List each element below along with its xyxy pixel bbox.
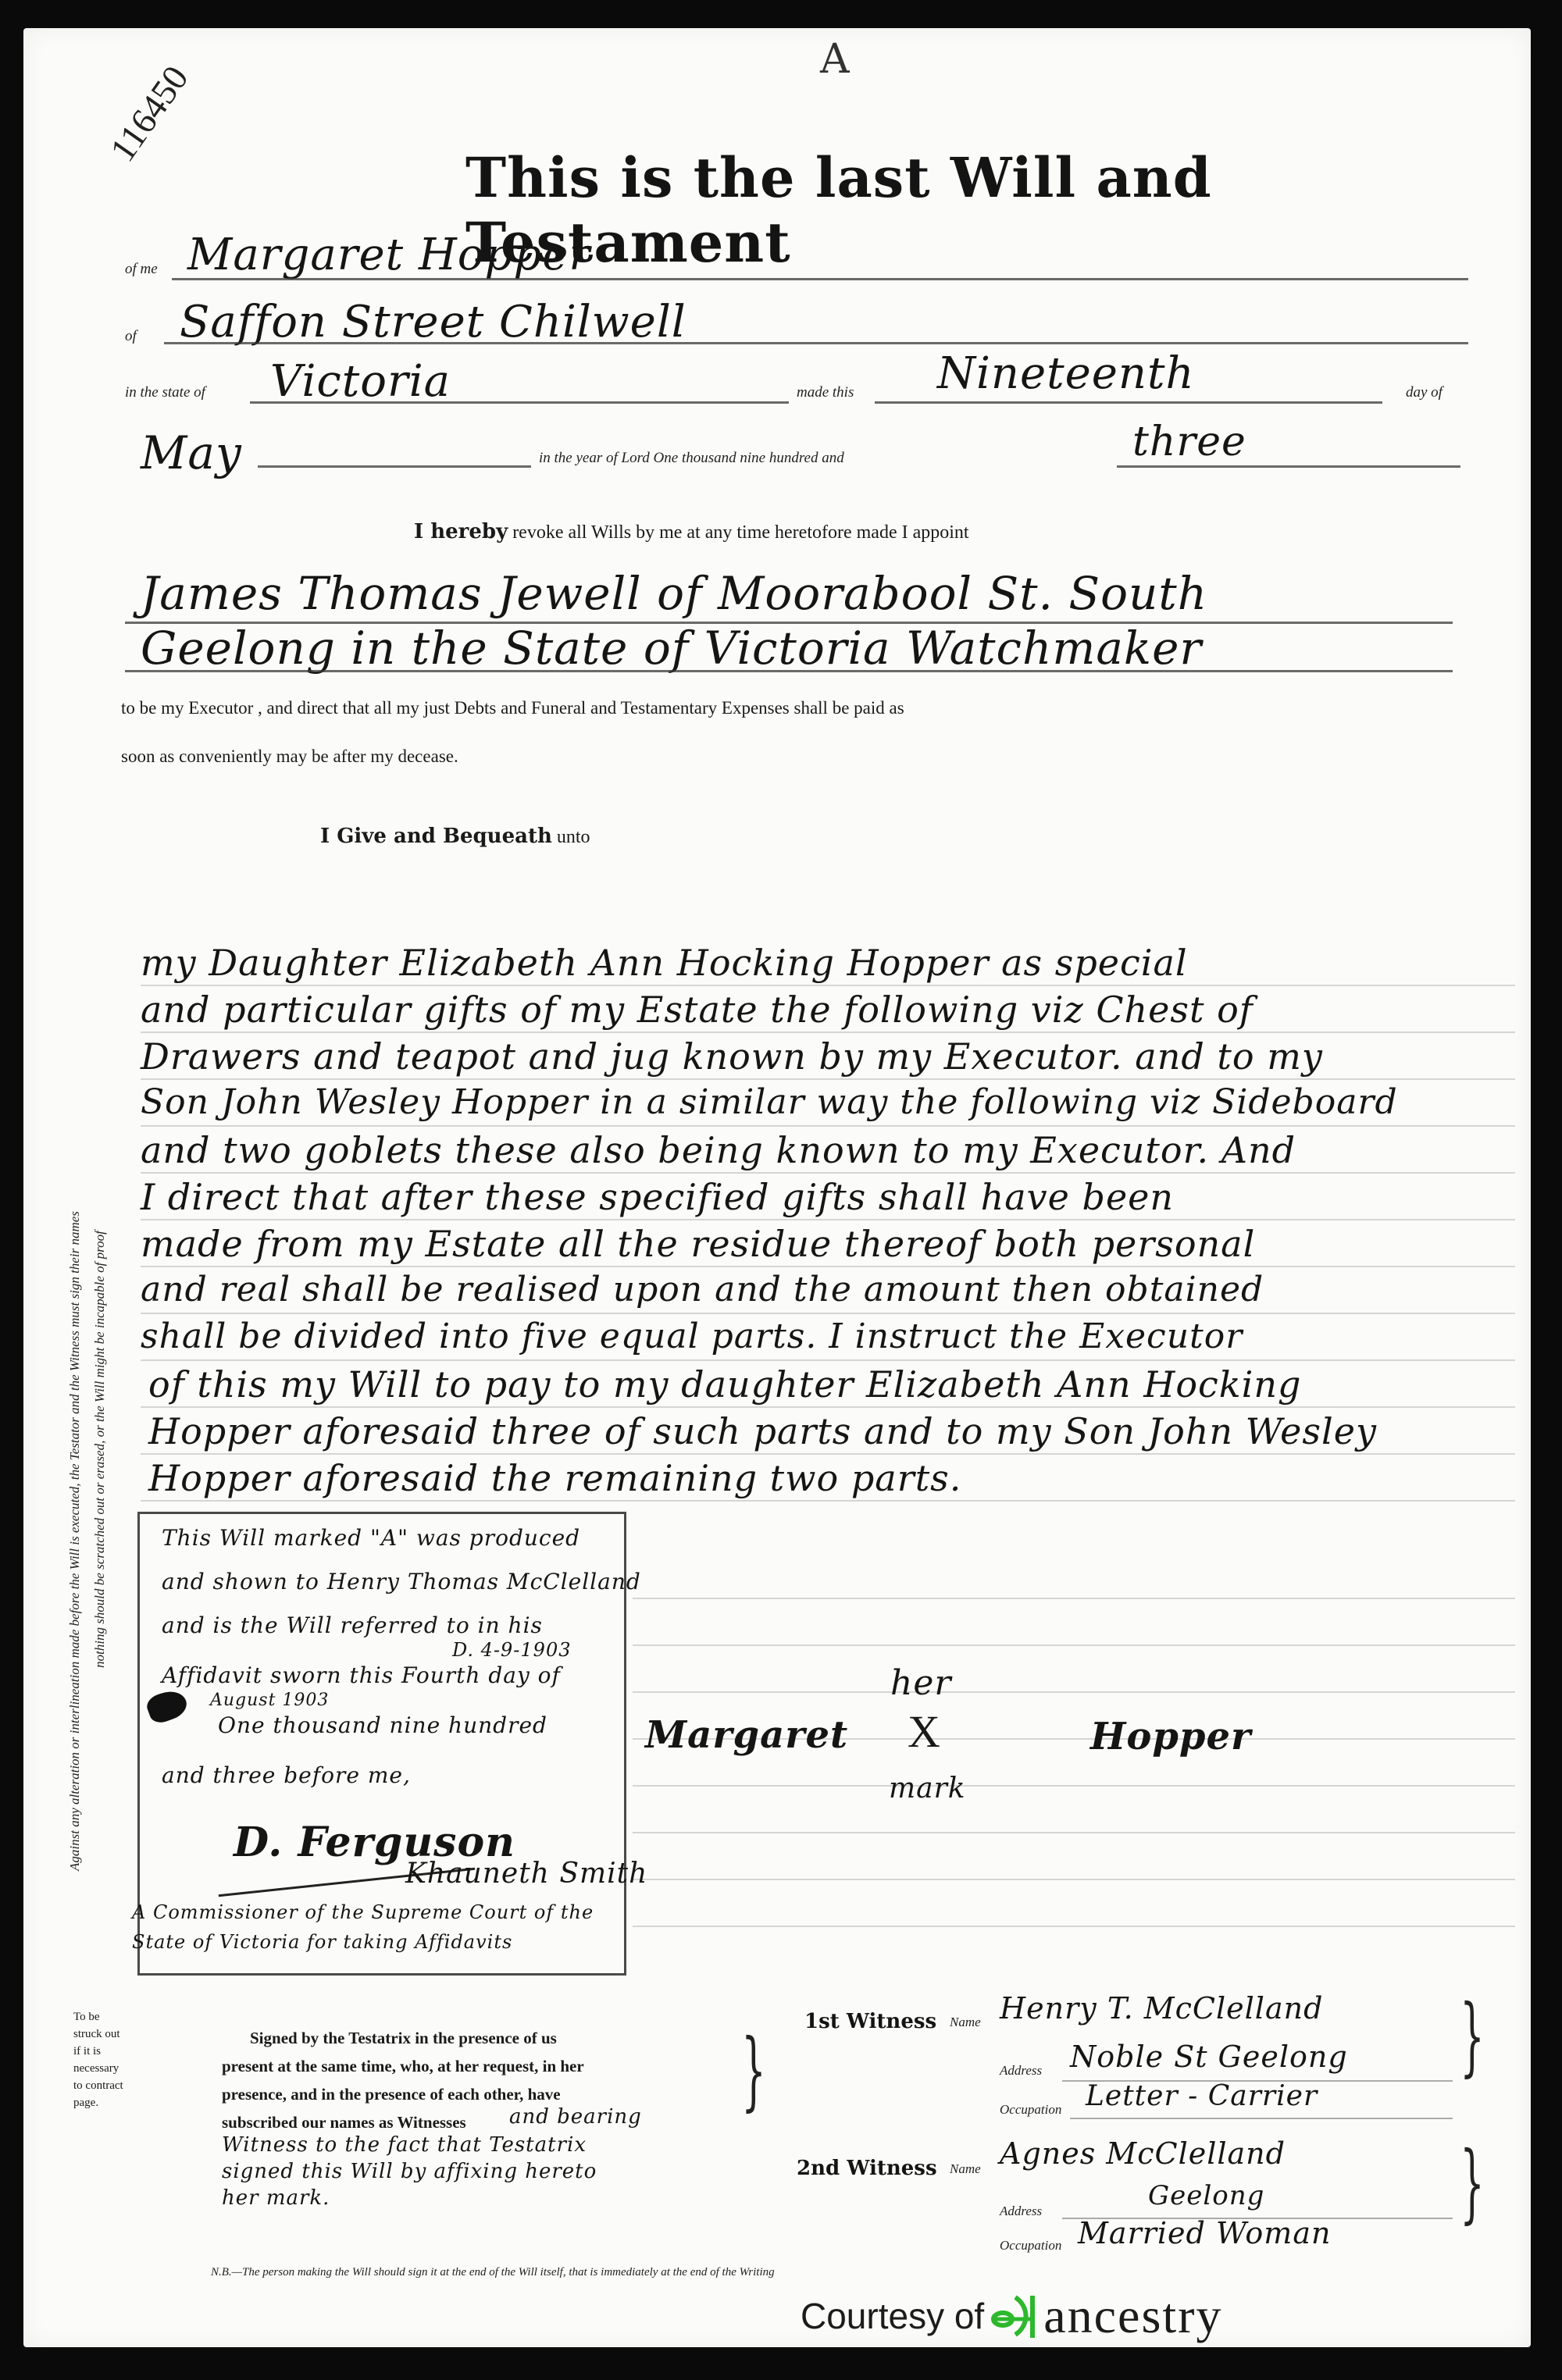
witness-1-occupation: Letter - Carrier xyxy=(1086,2080,1318,2112)
bequest-line: made from my Estate all the residue ther… xyxy=(141,1223,1255,1265)
rule-line xyxy=(258,465,531,468)
bequest-line: my Daughter Elizabeth Ann Hocking Hopper… xyxy=(141,942,1188,984)
day-value: Nineteenth xyxy=(937,348,1195,399)
margin-note-line-1: Against any alteration or interlineation… xyxy=(67,1211,83,1871)
bequest-line: I direct that after these specified gift… xyxy=(141,1176,1174,1218)
affidavit-line: This Will marked "A" was produced xyxy=(162,1525,580,1551)
margin-note-line-2: nothing should be scratched out or erase… xyxy=(92,1231,108,1668)
reference-number: 116450 xyxy=(102,58,197,169)
ancestry-watermark: Courtesy of ancestry xyxy=(801,2293,1222,2339)
executor-line-2: Geelong in the State of Victoria Watchma… xyxy=(141,622,1202,675)
attestation-addendum-lines: Witness to the fact that Testatrix signe… xyxy=(222,2132,597,2211)
affidavit-line: Affidavit sworn this Fourth day of xyxy=(162,1662,561,1688)
page-mark: A xyxy=(820,36,851,83)
signature-mark: mark xyxy=(889,1773,966,1805)
watermark-prefix: Courtesy of xyxy=(801,2295,984,2337)
rule-line xyxy=(164,342,1468,344)
bequest-line: Drawers and teapot and jug known by my E… xyxy=(141,1035,1323,1078)
rule-line xyxy=(125,670,1453,672)
witness-2-label: 2nd Witness xyxy=(797,2157,937,2180)
witness-block: 1st Witness Name Henry T. McClelland Add… xyxy=(804,1988,1492,2254)
day-of-label: day of xyxy=(1406,384,1443,401)
witness-1-address: Noble St Geelong xyxy=(1070,2040,1348,2074)
bequest-line: and particular gifts of my Estate the fo… xyxy=(141,989,1254,1031)
bequest-line: and two goblets these also being known t… xyxy=(141,1129,1296,1171)
month-value: May xyxy=(141,426,242,479)
affidavit-line: and three before me, xyxy=(162,1762,411,1788)
witness-1-name: Henry T. McClelland xyxy=(1000,1991,1323,2025)
rule-line xyxy=(250,401,789,404)
revoke-text: revoke all Wills by me at any time heret… xyxy=(512,522,968,543)
testator-name: Margaret Hopper xyxy=(187,230,590,280)
executor-line-1: James Thomas Jewell of Moorabool St. Sou… xyxy=(141,567,1207,620)
rule-line xyxy=(1117,465,1460,468)
bequest-line: shall be divided into five equal parts. … xyxy=(141,1316,1243,1356)
bequest-line: Son John Wesley Hopper in a similar way … xyxy=(141,1082,1398,1122)
witness-2-occupation: Married Woman xyxy=(1078,2216,1331,2250)
bequest-line: of this my Will to pay to my daughter El… xyxy=(148,1363,1301,1406)
rule-line xyxy=(172,278,1468,280)
affidavit-annotation: D. 4-9-1903 xyxy=(452,1639,571,1661)
signature-last-name: Hopper xyxy=(1090,1715,1251,1758)
state-value: Victoria xyxy=(270,356,451,407)
revoke-lead: I hereby xyxy=(414,520,508,543)
executor-clause-line-2: soon as conveniently may be after my dec… xyxy=(121,746,458,767)
witness-1-label: 1st Witness xyxy=(804,2010,936,2033)
will-document-page: A 116450 This is the last Will and Testa… xyxy=(23,28,1531,2347)
strike-out-note: To be struck out if it is necessary to c… xyxy=(73,2008,123,2111)
affidavit-line: August 1903 xyxy=(210,1691,329,1710)
of-label: of xyxy=(125,328,137,345)
bequest-unto: unto xyxy=(557,827,590,847)
affidavit-line: and shown to Henry Thomas McClelland xyxy=(162,1569,641,1594)
witness-1-brace: } xyxy=(1460,1993,1485,2079)
signature-x-mark: X xyxy=(908,1705,940,1758)
attestation-addendum: and bearing xyxy=(509,2105,642,2129)
year-label: in the year of Lord One thousand nine hu… xyxy=(539,450,844,467)
signature-first-name: Margaret xyxy=(645,1713,848,1757)
witness-2-address: Geelong xyxy=(1148,2180,1264,2211)
rule-line xyxy=(875,401,1382,404)
witness-2-brace: } xyxy=(1460,2140,1485,2225)
affidavit-box: This Will marked "A" was produced and sh… xyxy=(137,1512,626,1976)
signature-her: her xyxy=(890,1663,951,1703)
bequest-line: and real shall be realised upon and the … xyxy=(141,1270,1264,1309)
document-title: This is the last Will and Testament xyxy=(465,145,1531,275)
state-label: in the state of xyxy=(125,384,205,401)
ancestry-leaf-icon xyxy=(989,2293,1039,2339)
affidavit-line: and is the Will referred to in his xyxy=(162,1612,543,1638)
commissioner-title-line-1: A Commissioner of the Supreme Court of t… xyxy=(132,1901,594,1923)
revoke-clause: I hereby revoke all Wills by me at any t… xyxy=(414,520,969,543)
bequest-line: Hopper aforesaid three of such parts and… xyxy=(148,1410,1377,1452)
footer-note: N.B.—The person making the Will should s… xyxy=(211,2266,775,2279)
second-signature: Khauneth Smith xyxy=(405,1858,647,1890)
affidavit-line: One thousand nine hundred xyxy=(218,1712,547,1738)
ink-blot xyxy=(144,1687,190,1726)
made-label: made this xyxy=(797,384,854,401)
witness-2-name: Agnes McClelland xyxy=(1000,2136,1286,2171)
commissioner-title-line-2: State of Victoria for taking Affidavits xyxy=(132,1931,512,1953)
bequest-lead: I Give and Bequeath xyxy=(320,825,552,848)
of-me-label: of me xyxy=(125,261,158,278)
executor-clause-line-1: to be my Executor , and direct that all … xyxy=(121,698,904,718)
year-value: three xyxy=(1132,419,1246,465)
bequest-heading: I Give and Bequeath unto xyxy=(320,825,590,848)
watermark-brand: ancestry xyxy=(1043,2287,1222,2345)
bequest-line: Hopper aforesaid the remaining two parts… xyxy=(148,1457,961,1499)
attestation-brace: } xyxy=(741,2027,766,2113)
testator-address: Saffon Street Chilwell xyxy=(180,297,686,347)
